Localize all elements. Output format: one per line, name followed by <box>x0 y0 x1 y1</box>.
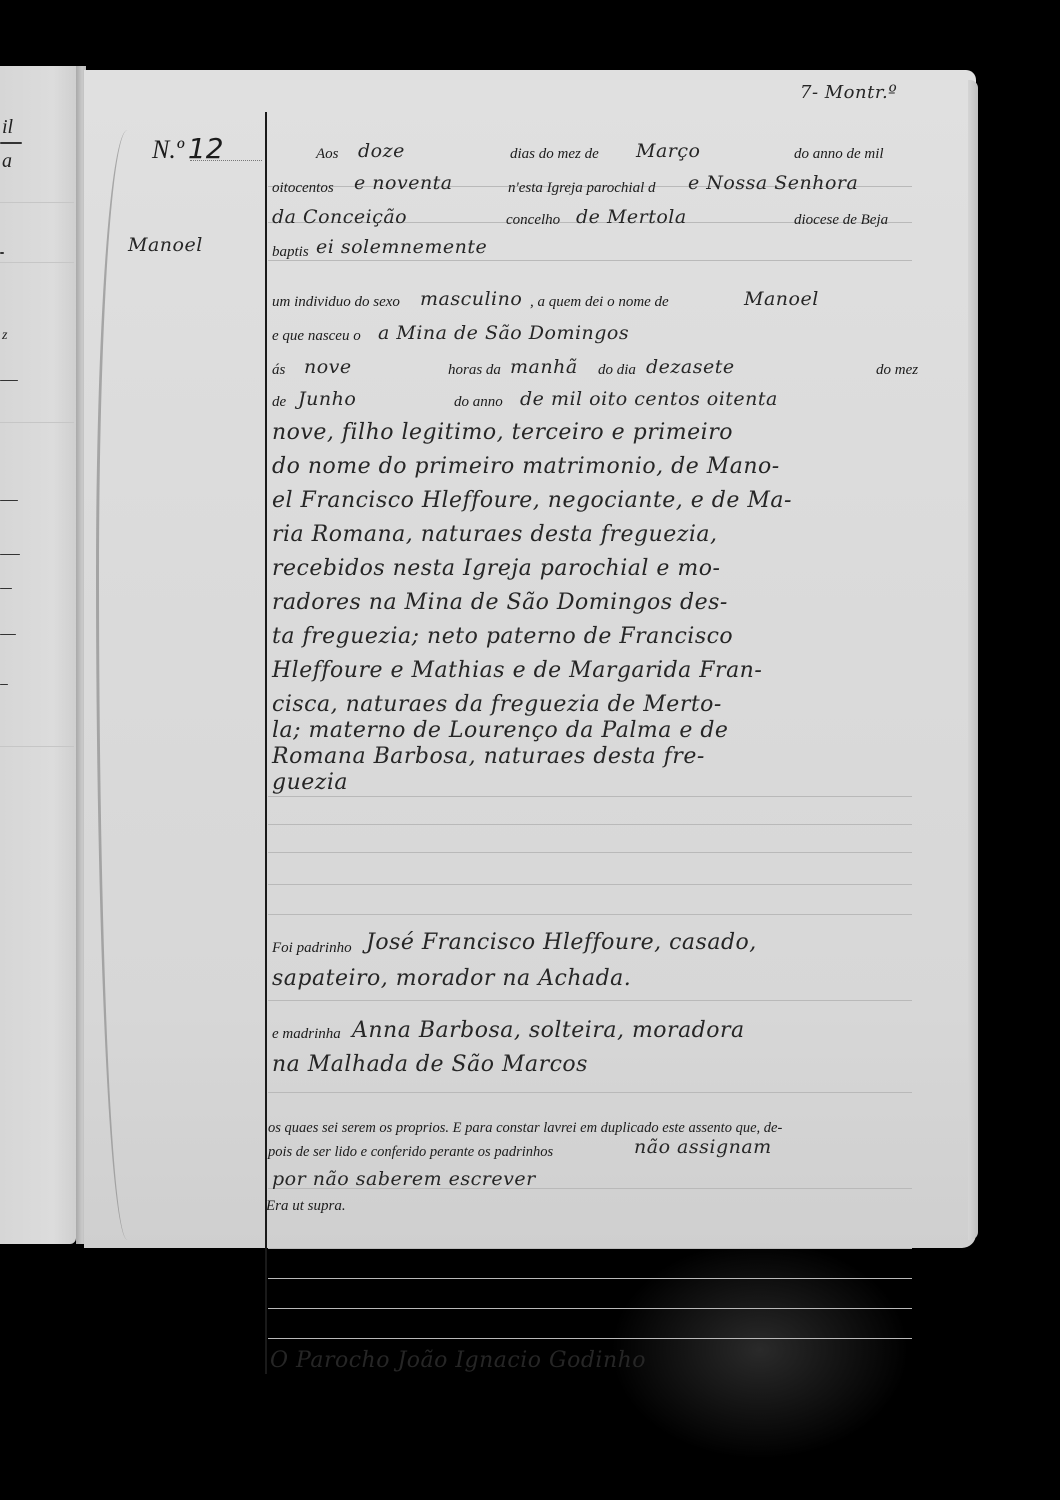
hw-body-line: el Francisco Hleffoure, negociante, e de… <box>272 488 792 513</box>
left-page-text: il <box>2 116 13 139</box>
hw-body-line: Hleffoure e Mathias e de Margarida Fran- <box>272 658 762 683</box>
hw-body-line: Romana Barbosa, naturaes desta fre- <box>272 744 705 769</box>
page-edge <box>968 80 978 1240</box>
printed-igreja-parochial: n'esta Igreja parochial d <box>508 180 656 197</box>
hw-concelho: de Mertola <box>576 206 687 228</box>
ruled-line <box>268 1092 912 1093</box>
hw-baptism-day: doze <box>358 140 405 162</box>
paper-stain <box>610 1240 910 1460</box>
printed-concelho: concelho <box>506 212 560 229</box>
ruled-line <box>268 852 912 853</box>
printed-individuo-sexo: um individuo do sexo <box>272 294 400 311</box>
hw-body-line: nove, filho legitimo, terceiro e primeir… <box>272 420 733 445</box>
hw-parish-name: e Nossa Senhora <box>688 172 858 194</box>
printed-quem-dei-nome: , a quem dei o nome de <box>530 294 669 311</box>
hw-parish-name-cont: da Conceição <box>272 206 407 228</box>
hw-body-line: ria Romana, naturaes desta freguezia, <box>272 522 717 547</box>
ruled-line <box>268 884 912 885</box>
left-page-fragment: il a z <box>0 66 76 1244</box>
ruled-line <box>268 1000 912 1001</box>
printed-que-nasceu: e que nasceu o <box>272 328 361 345</box>
hw-birth-hour: nove <box>304 356 352 378</box>
left-page-rule <box>0 746 74 747</box>
hw-body-line: guezia <box>272 770 348 795</box>
left-page-rule <box>0 422 74 423</box>
printed-do-anno: do anno <box>454 394 503 411</box>
hw-birth-period: manhã <box>510 356 578 378</box>
printed-closing-text-cont: pois de ser lido e conferido perante os … <box>268 1144 553 1161</box>
margin-child-name: Manoel <box>128 234 203 256</box>
printed-e-madrinha: e madrinha <box>272 1026 341 1043</box>
printed-era-ut-supra: Era ut supra. <box>266 1198 346 1215</box>
printed-do-anno-de-mil: do anno de mil <box>794 146 884 163</box>
printed-oitocentos: oitocentos <box>272 180 334 197</box>
printed-as: ás <box>272 362 285 379</box>
hw-body-line: do nome do primeiro matrimonio, de Mano- <box>272 454 780 479</box>
left-page-ink-mark <box>0 142 22 144</box>
record-number-label: N.º <box>152 135 184 164</box>
left-page-text: z <box>2 328 7 344</box>
hw-body-line: ta freguezia; neto paterno de Francisco <box>272 624 733 649</box>
left-page-ink-mark <box>0 634 16 635</box>
hw-body-line: cisca, naturaes da freguezia de Merto- <box>272 692 722 717</box>
ruled-line <box>268 796 912 797</box>
ruled-line <box>268 914 912 915</box>
printed-de: de <box>272 394 286 411</box>
printed-horas-da: horas da <box>448 362 501 379</box>
printed-do-mez: do mez <box>876 362 918 379</box>
printed-do-dia: do dia <box>598 362 636 379</box>
left-page-ink-mark <box>0 554 20 555</box>
ruled-line <box>268 1278 912 1279</box>
top-right-annotation: 7- Montr.º <box>800 82 897 103</box>
priest-signature: O Parocho João Ignacio Godinho <box>270 1348 646 1373</box>
left-page-ink-mark <box>0 380 18 381</box>
hw-body-line: radores na Mina de São Domingos des- <box>272 590 728 615</box>
hw-godmother: Anna Barbosa, solteira, moradora <box>352 1018 745 1043</box>
ruled-line <box>268 1338 912 1339</box>
hw-body-line: recebidos nesta Igreja parochial e mo- <box>272 556 720 581</box>
hw-godfather-cont: sapateiro, morador na Achada. <box>272 966 631 991</box>
hw-body-line: la; materno de Lourenço da Palma e de <box>272 718 728 743</box>
hw-baptism-manner: ei solemnemente <box>316 236 487 258</box>
ruled-line <box>268 260 912 261</box>
hw-child-name: Manoel <box>744 288 819 310</box>
left-page-ink-mark <box>0 684 8 685</box>
margin-divider <box>265 112 267 1374</box>
hw-birth-month: Junho <box>298 388 356 410</box>
printed-diocese: diocese de Beja <box>794 212 888 229</box>
hw-sex: masculino <box>420 288 522 310</box>
left-page-ink-mark <box>0 252 4 254</box>
printed-closing-text: os quaes sei serem os proprios. E para c… <box>268 1120 782 1137</box>
left-page-rule <box>0 202 74 203</box>
left-page-text: a <box>2 150 12 173</box>
printed-aos: Aos <box>316 146 339 163</box>
printed-baptis: baptis <box>272 244 309 261</box>
ruled-line <box>268 1308 912 1309</box>
hw-birth-year: de mil oito centos oitenta <box>520 388 778 410</box>
hw-godmother-cont: na Malhada de São Marcos <box>272 1052 588 1077</box>
hw-baptism-year: e noventa <box>354 172 453 194</box>
left-page-ink-mark <box>0 588 12 589</box>
hw-godfather: José Francisco Hleffoure, casado, <box>366 930 757 955</box>
hw-signature-note-cont: por não saberem escrever <box>272 1168 536 1190</box>
ruled-line <box>268 824 912 825</box>
number-underline <box>190 160 262 162</box>
left-page-ink-mark <box>0 500 18 501</box>
left-page-rule <box>0 262 74 263</box>
hw-signature-note: não assignam <box>634 1136 772 1158</box>
hw-birth-day: dezasete <box>646 356 735 378</box>
hw-birthplace: a Mina de São Domingos <box>378 322 629 344</box>
printed-dias-do-mez: dias do mez de <box>510 146 599 163</box>
hw-baptism-month: Março <box>636 140 700 162</box>
ruled-line <box>268 1248 912 1249</box>
printed-foi-padrinho: Foi padrinho <box>272 940 352 957</box>
